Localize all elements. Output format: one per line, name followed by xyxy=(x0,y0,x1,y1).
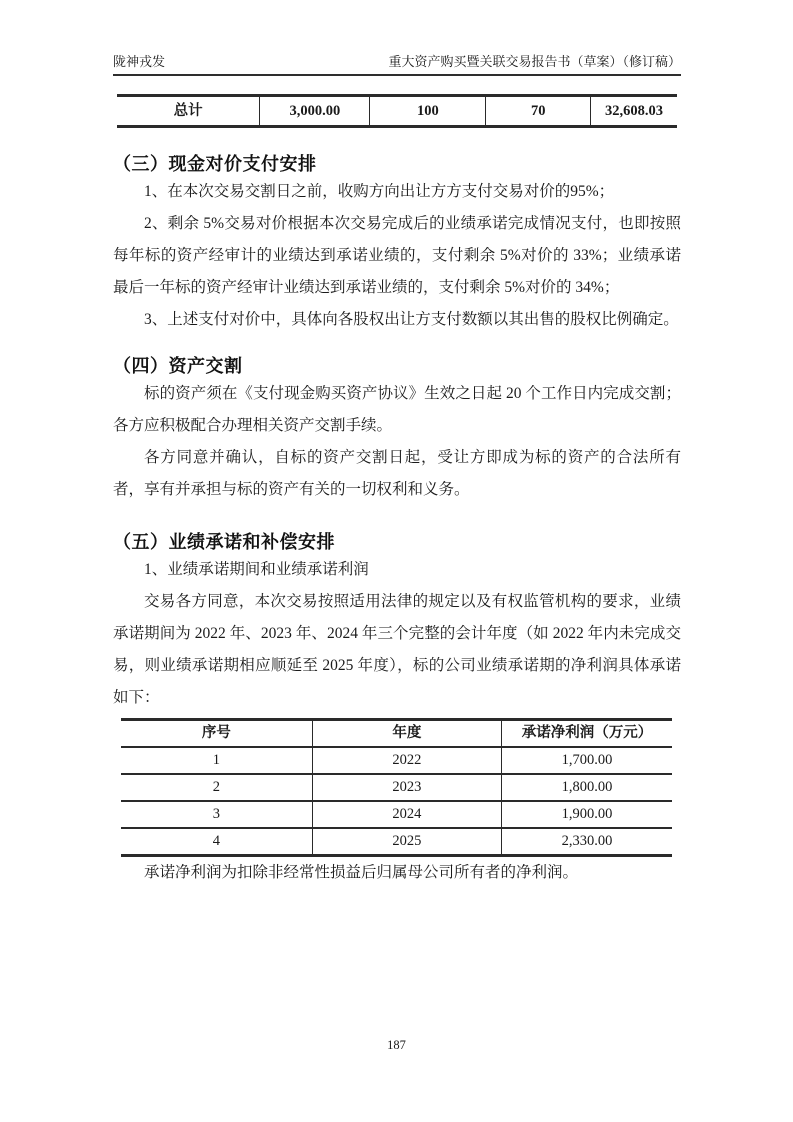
summary-total-table: 总计 3,000.00 100 70 32,608.03 xyxy=(117,94,677,128)
table-cell-year: 2025 xyxy=(312,828,501,856)
table-cell-year: 2022 xyxy=(312,747,501,774)
column-header-seq: 序号 xyxy=(121,720,312,748)
column-header-year: 年度 xyxy=(312,720,501,748)
table-cell-percent-1: 100 xyxy=(370,96,486,127)
page-number: 187 xyxy=(0,1038,793,1053)
table-cell-amount: 3,000.00 xyxy=(260,96,370,127)
document-page: 陇神戎发 重大资产购买暨关联交易报告书（草案）（修订稿） 总计 3,000.00… xyxy=(0,0,793,1122)
section-heading-performance-commitment: （五）业绩承诺和补偿安排 xyxy=(113,530,681,554)
table-cell-seq: 4 xyxy=(121,828,312,856)
paragraph: 3、上述支付对价中，具体向各股权出让方支付数额以其出售的股权比例确定。 xyxy=(113,304,681,336)
section-heading-cash-payment: （三）现金对价支付安排 xyxy=(113,152,681,176)
table-cell-seq: 2 xyxy=(121,774,312,801)
table-cell-seq: 1 xyxy=(121,747,312,774)
table-cell-value: 32,608.03 xyxy=(591,96,677,127)
running-header: 陇神戎发 重大资产购买暨关联交易报告书（草案）（修订稿） xyxy=(113,54,681,76)
header-report-title: 重大资产购买暨关联交易报告书（草案）（修订稿） xyxy=(388,54,681,70)
table-cell-profit: 1,900.00 xyxy=(501,801,672,828)
table-row: 3 2024 1,900.00 xyxy=(121,801,672,828)
table-cell-year: 2023 xyxy=(312,774,501,801)
table-row: 1 2022 1,700.00 xyxy=(121,747,672,774)
table-cell-seq: 3 xyxy=(121,801,312,828)
paragraph: 标的资产须在《支付现金购买资产协议》生效之日起 20 个工作日内完成交割；各方应… xyxy=(113,378,681,442)
table-cell-profit: 1,700.00 xyxy=(501,747,672,774)
table-cell-percent-2: 70 xyxy=(486,96,591,127)
table-cell-profit: 2,330.00 xyxy=(501,828,672,856)
table-row: 总计 3,000.00 100 70 32,608.03 xyxy=(117,96,677,127)
paragraph: 交易各方同意，本次交易按照适用法律的规定以及有权监管机构的要求，业绩承诺期间为 … xyxy=(113,586,681,714)
column-header-profit: 承诺净利润（万元） xyxy=(501,720,672,748)
paragraph: 各方同意并确认，自标的资产交割日起，受让方即成为标的资产的合法所有者，享有并承担… xyxy=(113,442,681,506)
table-cell-profit: 1,800.00 xyxy=(501,774,672,801)
paragraph: 1、在本次交易交割日之前，收购方向出让方方支付交易对价的95%； xyxy=(113,176,681,208)
header-company-name: 陇神戎发 xyxy=(113,54,165,70)
table-row: 4 2025 2,330.00 xyxy=(121,828,672,856)
profit-commitment-table: 序号 年度 承诺净利润（万元） 1 2022 1,700.00 2 2023 1… xyxy=(121,718,672,857)
table-cell-total-label: 总计 xyxy=(117,96,260,127)
table-header-row: 序号 年度 承诺净利润（万元） xyxy=(121,720,672,748)
subsection-heading: 1、业绩承诺期间和业绩承诺利润 xyxy=(113,554,681,586)
paragraph: 2、剩余 5%交易对价根据本次交易完成后的业绩承诺完成情况支付，也即按照每年标的… xyxy=(113,208,681,304)
table-cell-year: 2024 xyxy=(312,801,501,828)
section-heading-asset-delivery: （四）资产交割 xyxy=(113,354,681,378)
paragraph-profit-note: 承诺净利润为扣除非经常性损益后归属母公司所有者的净利润。 xyxy=(113,857,681,889)
table-row: 2 2023 1,800.00 xyxy=(121,774,672,801)
